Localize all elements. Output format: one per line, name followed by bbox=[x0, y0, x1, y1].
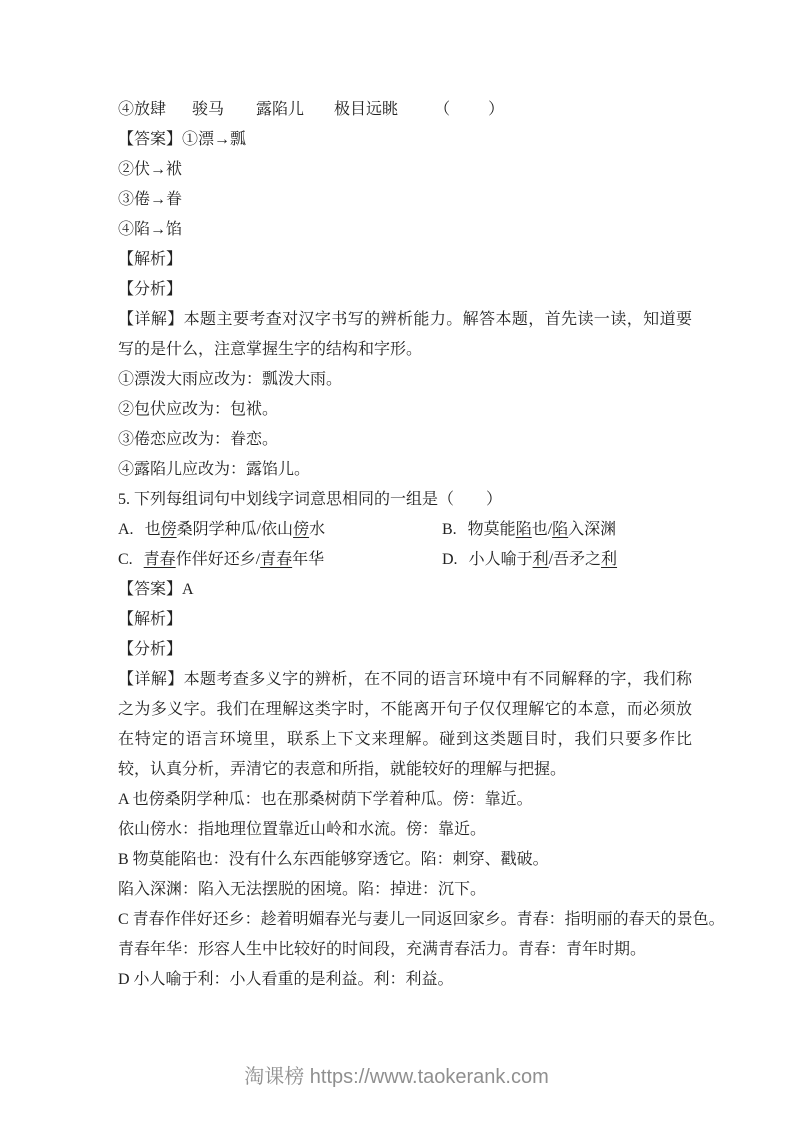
word-item: 极目远眺 bbox=[334, 95, 398, 125]
q5-options-row-1: A.也傍桑阴学种瓜/依山傍水 B.物莫能陷也/陷入深渊 bbox=[118, 515, 692, 545]
word-item: 露陷儿 bbox=[256, 95, 304, 125]
q4-fenxi-tag: 【分析】 bbox=[118, 275, 692, 305]
q5-explanation-7: D 小人喻于利：小人看重的是利益。利：利益。 bbox=[118, 965, 692, 995]
q4-answer-line-1: 【答案】①漂→瓢 bbox=[118, 125, 692, 155]
option-d-label: D. bbox=[442, 551, 458, 568]
q4-correction-3: ③倦恋应改为：眷恋。 bbox=[118, 425, 692, 455]
word-item: 骏马 bbox=[192, 95, 224, 125]
word-item: ④放肆 bbox=[118, 95, 166, 125]
q5-options-row-2: C.青春作伴好还乡/青春年华 D.小人喻于利/吾矛之利 bbox=[118, 545, 692, 575]
option-b-label: B. bbox=[442, 521, 457, 538]
q4-correction-2: ②包伏应改为：包袱。 bbox=[118, 395, 692, 425]
option-a: A.也傍桑阴学种瓜/依山傍水 bbox=[118, 515, 442, 545]
option-a-text: 也傍桑阴学种瓜/依山傍水 bbox=[145, 521, 326, 538]
option-b: B.物莫能陷也/陷入深渊 bbox=[442, 515, 616, 545]
footer-watermark: 淘课榜 https://www.taokerank.com bbox=[0, 1060, 793, 1089]
q5-jiexi-tag: 【解析】 bbox=[118, 605, 692, 635]
q5-explanation-5: C 青春作伴好还乡：趁着明媚春光与妻儿一同返回家乡。青春：指明丽的春天的景色。 bbox=[118, 905, 692, 935]
option-c-text: 青春作伴好还乡/青春年华 bbox=[144, 551, 325, 568]
q5-explanation-1: A 也傍桑阴学种瓜：也在那桑树荫下学着种瓜。傍：靠近。 bbox=[118, 785, 692, 815]
q5-explanation-4: 陷入深渊：陷入无法摆脱的困境。陷：掉进：沉下。 bbox=[118, 875, 692, 905]
q4-xiangjie-paragraph: 【详解】本题主要考查对汉字书写的辨析能力。解答本题，首先读一读，知道要写的是什么… bbox=[118, 305, 692, 365]
q5-explanation-6: 青春年华：形容人生中比较好的时间段，充满青春活力。青春：青年时期。 bbox=[118, 935, 692, 965]
option-d-text: 小人喻于利/吾矛之利 bbox=[469, 551, 618, 568]
option-a-label: A. bbox=[118, 521, 134, 538]
q4-answer-line-3: ③倦→眷 bbox=[118, 185, 692, 215]
q4-answer-line-4: ④陷→馅 bbox=[118, 215, 692, 245]
q5-answer: 【答案】A bbox=[118, 575, 692, 605]
q4-jiexi-tag: 【解析】 bbox=[118, 245, 692, 275]
q5-stem: 5. 下列每组词句中划线字词意思相同的一组是（ ） bbox=[118, 485, 692, 515]
q4-correction-1: ①漂泼大雨应改为：瓢泼大雨。 bbox=[118, 365, 692, 395]
option-c-label: C. bbox=[118, 551, 133, 568]
option-d: D.小人喻于利/吾矛之利 bbox=[442, 545, 617, 575]
q4-misspelled-words-row: ④放肆 骏马 露陷儿 极目远眺 （ ） bbox=[118, 95, 692, 125]
q4-answer-line-2: ②伏→袱 bbox=[118, 155, 692, 185]
q5-fenxi-tag: 【分析】 bbox=[118, 635, 692, 665]
document-body: ④放肆 骏马 露陷儿 极目远眺 （ ） 【答案】①漂→瓢 ②伏→袱 ③倦→眷 ④… bbox=[118, 95, 692, 995]
q4-correction-4: ④露陷儿应改为：露馅儿。 bbox=[118, 455, 692, 485]
option-c: C.青春作伴好还乡/青春年华 bbox=[118, 545, 442, 575]
q5-explanation-3: B 物莫能陷也：没有什么东西能够穿透它。陷：刺穿、戳破。 bbox=[118, 845, 692, 875]
q5-xiangjie-paragraph: 【详解】本题考查多义字的辨析，在不同的语言环境中有不同解释的字，我们称之为多义字… bbox=[118, 665, 692, 785]
answer-paren-blank: （ ） bbox=[434, 95, 506, 125]
q5-explanation-2: 依山傍水：指地理位置靠近山岭和水流。傍：靠近。 bbox=[118, 815, 692, 845]
option-b-text: 物莫能陷也/陷入深渊 bbox=[468, 521, 617, 538]
